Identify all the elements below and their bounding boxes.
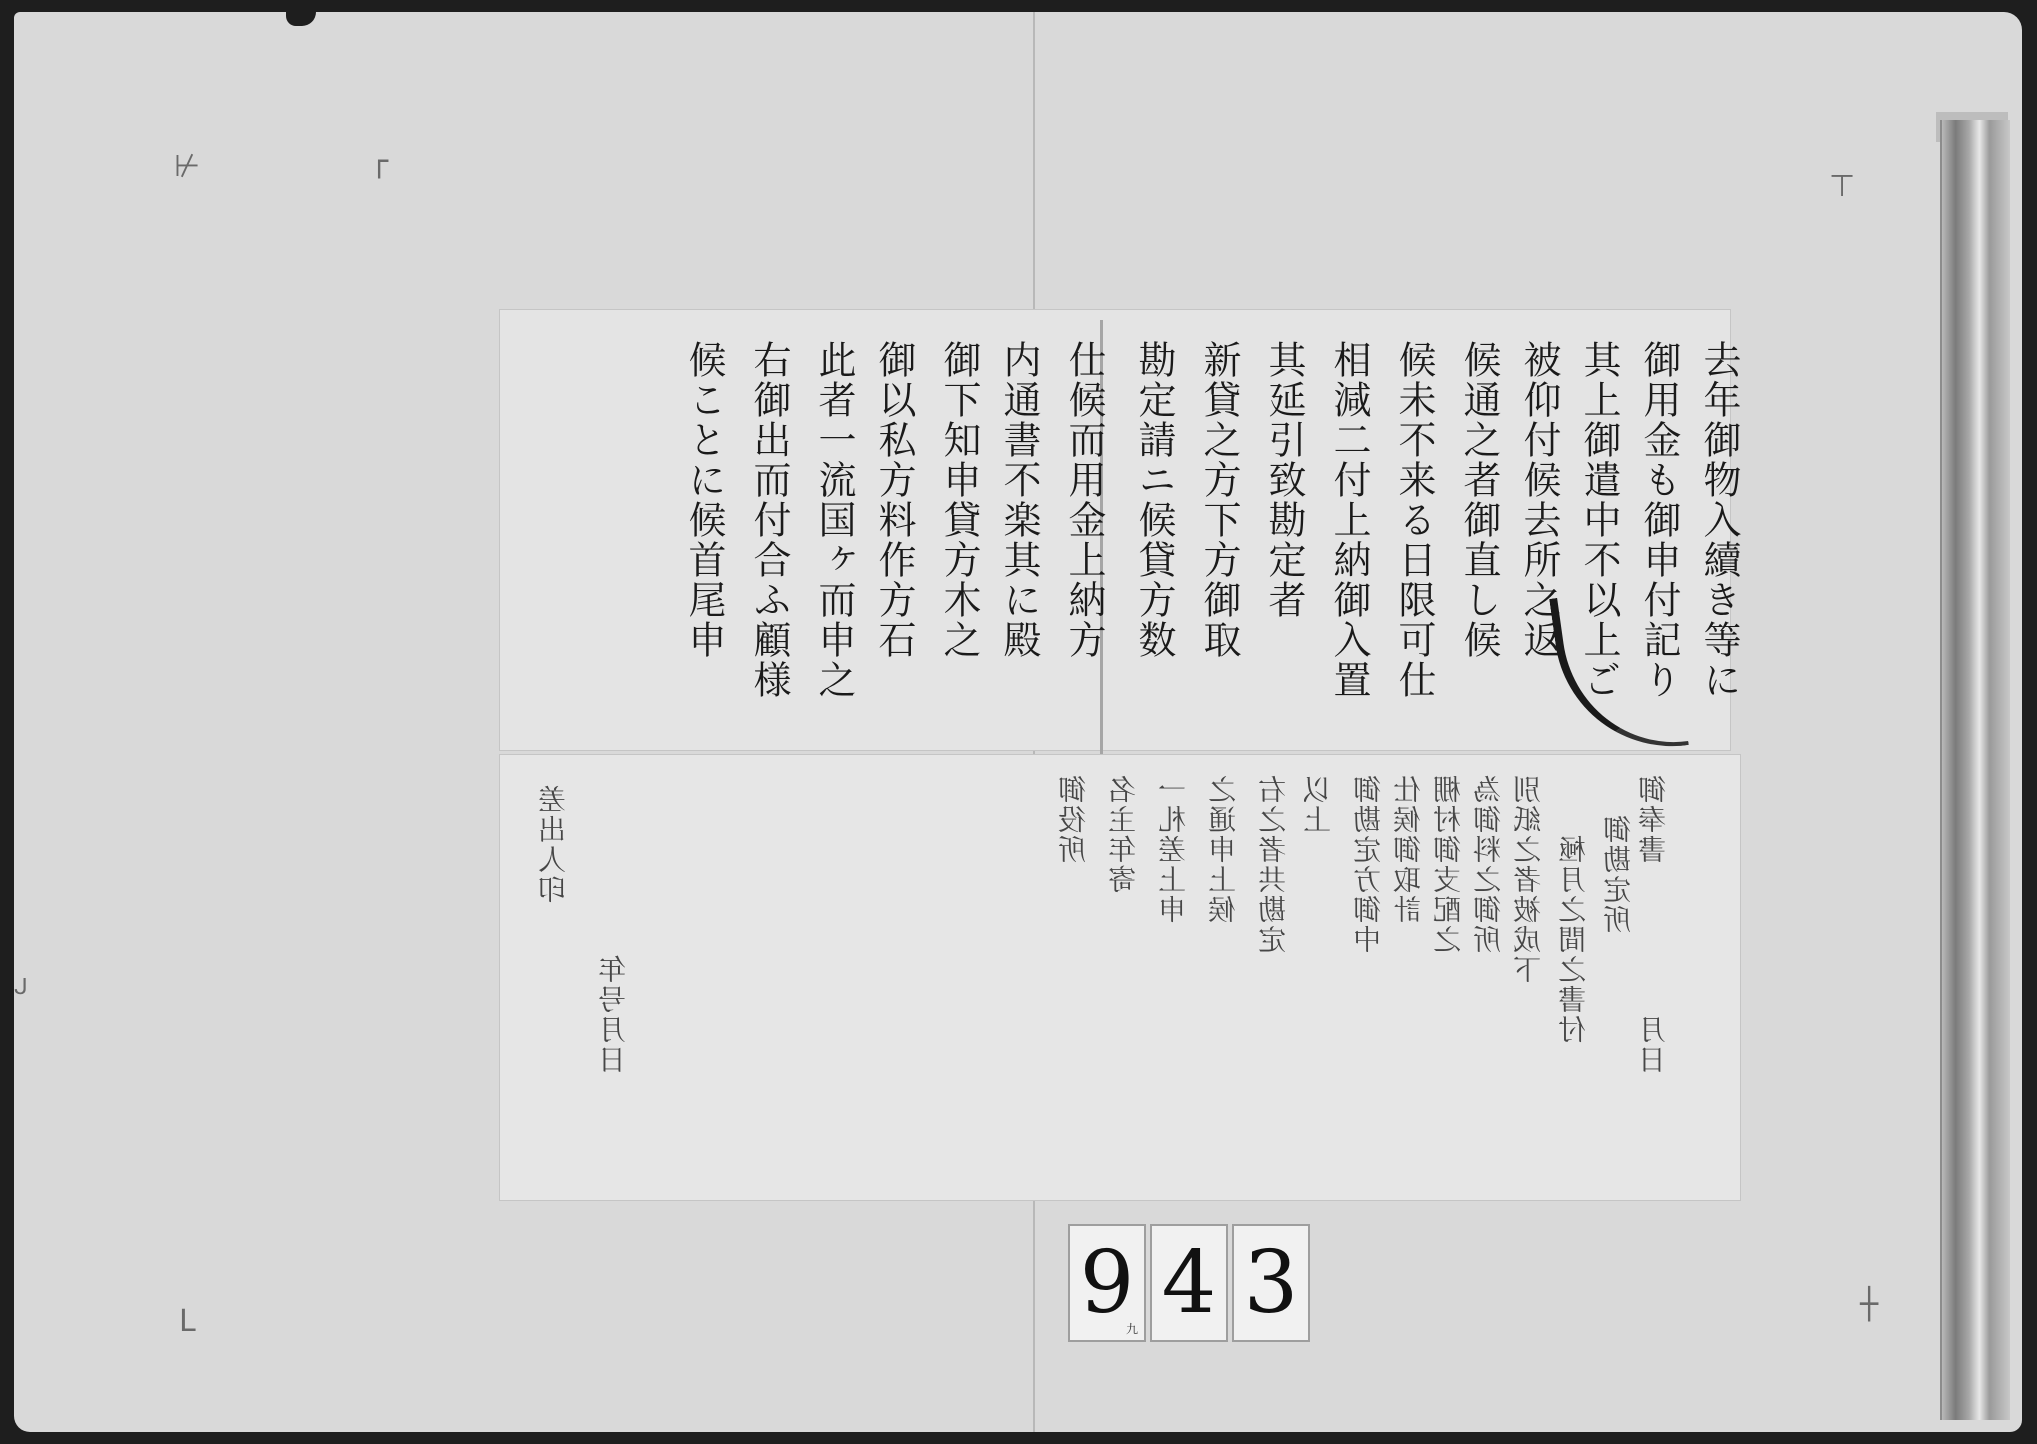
text-column: 候通之者御直し候 [1460, 340, 1498, 660]
registration-mark-icon: ┼ [1860, 1290, 1878, 1320]
catalog-digit: 4 [1162, 1233, 1217, 1333]
catalog-sub-mark: 九 [1126, 1320, 1138, 1337]
text-column: 勘定請ニ候貸方数 [1135, 340, 1173, 660]
text-column: 月日 [1640, 1015, 1668, 1075]
text-column: 候ことに候首尾申 [685, 340, 723, 660]
text-column: 仕候御取計 [1395, 775, 1423, 925]
text-column: 御下知申貸方木之 [940, 340, 978, 660]
text-column: 御勘定所 [1605, 815, 1633, 935]
letter-lower-panel: 御奉書 御勘定所 月日 極月之間之書付 別紙之者被成下 為御料之御所 棚村御支配… [500, 755, 1740, 1200]
registration-mark-icon: ᒍ [14, 977, 28, 999]
text-column: 此者一流国ヶ而申之 [815, 340, 853, 700]
text-column: 為御料之御所 [1475, 775, 1503, 955]
registration-mark-icon: L [179, 1307, 196, 1337]
text-column: 右之者共勘定 [1260, 775, 1288, 955]
catalog-digit: 3 [1244, 1233, 1299, 1333]
text-column: 内通書不楽其に殿 [1000, 340, 1038, 660]
glass-plate-edge [1940, 120, 2010, 1420]
catalog-digit-card: 9 九 [1068, 1224, 1146, 1342]
catalog-digit: 9 [1080, 1233, 1135, 1333]
text-column: 仕候而用金上納方 [1065, 340, 1103, 660]
text-column: 名主年寄 [1110, 775, 1138, 895]
text-column: 之通申上候 [1210, 775, 1238, 925]
text-column: 御役所 [1060, 775, 1088, 865]
text-column: 新貸之方下方御取 [1200, 340, 1238, 660]
text-column: 別紙之者被成下 [1515, 775, 1543, 985]
text-column: 棚村御支配之 [1435, 775, 1463, 955]
catalog-digit-card: 4 [1150, 1224, 1228, 1342]
registration-mark-icon: ┌ [370, 147, 388, 177]
text-column: 御奉書 [1640, 775, 1668, 865]
text-column: 右御出而付合ふ顧様 [750, 340, 788, 700]
catalog-number: 9 九 4 3 [1068, 1224, 1310, 1342]
registration-mark-icon: ⊬ [174, 152, 200, 182]
text-column: 御勘定方御中 [1355, 775, 1383, 955]
catalog-digit-card: 3 [1232, 1224, 1310, 1342]
text-column: 以上 [1305, 775, 1333, 835]
text-column: 年号月日 [600, 955, 628, 1075]
text-column: 相減二付上納御入置 [1330, 340, 1368, 700]
text-column: 御以私方料作方石 [875, 340, 913, 660]
letter-upper-panel: 去年御物入續き等に 御用金も御申付記り 其上御遣中不以上ご 被仰付候去所之返 候… [500, 310, 1730, 750]
mount-notch [286, 12, 316, 26]
registration-mark-icon: ⊤ [1829, 172, 1855, 202]
text-column: 候未不来る日限可仕 [1395, 340, 1433, 700]
text-column: 去年御物入續き等に [1700, 340, 1738, 700]
text-column: 極月之間之書付 [1560, 835, 1588, 1045]
text-column: 其延引致勘定者 [1265, 340, 1303, 620]
text-column: 一札差上申 [1160, 775, 1188, 925]
handwritten-letter: 去年御物入續き等に 御用金も御申付記り 其上御遣中不以上ご 被仰付候去所之返 候… [490, 300, 1740, 1210]
text-column: 差出人印 [540, 785, 568, 905]
brush-flourish [1549, 583, 1689, 762]
